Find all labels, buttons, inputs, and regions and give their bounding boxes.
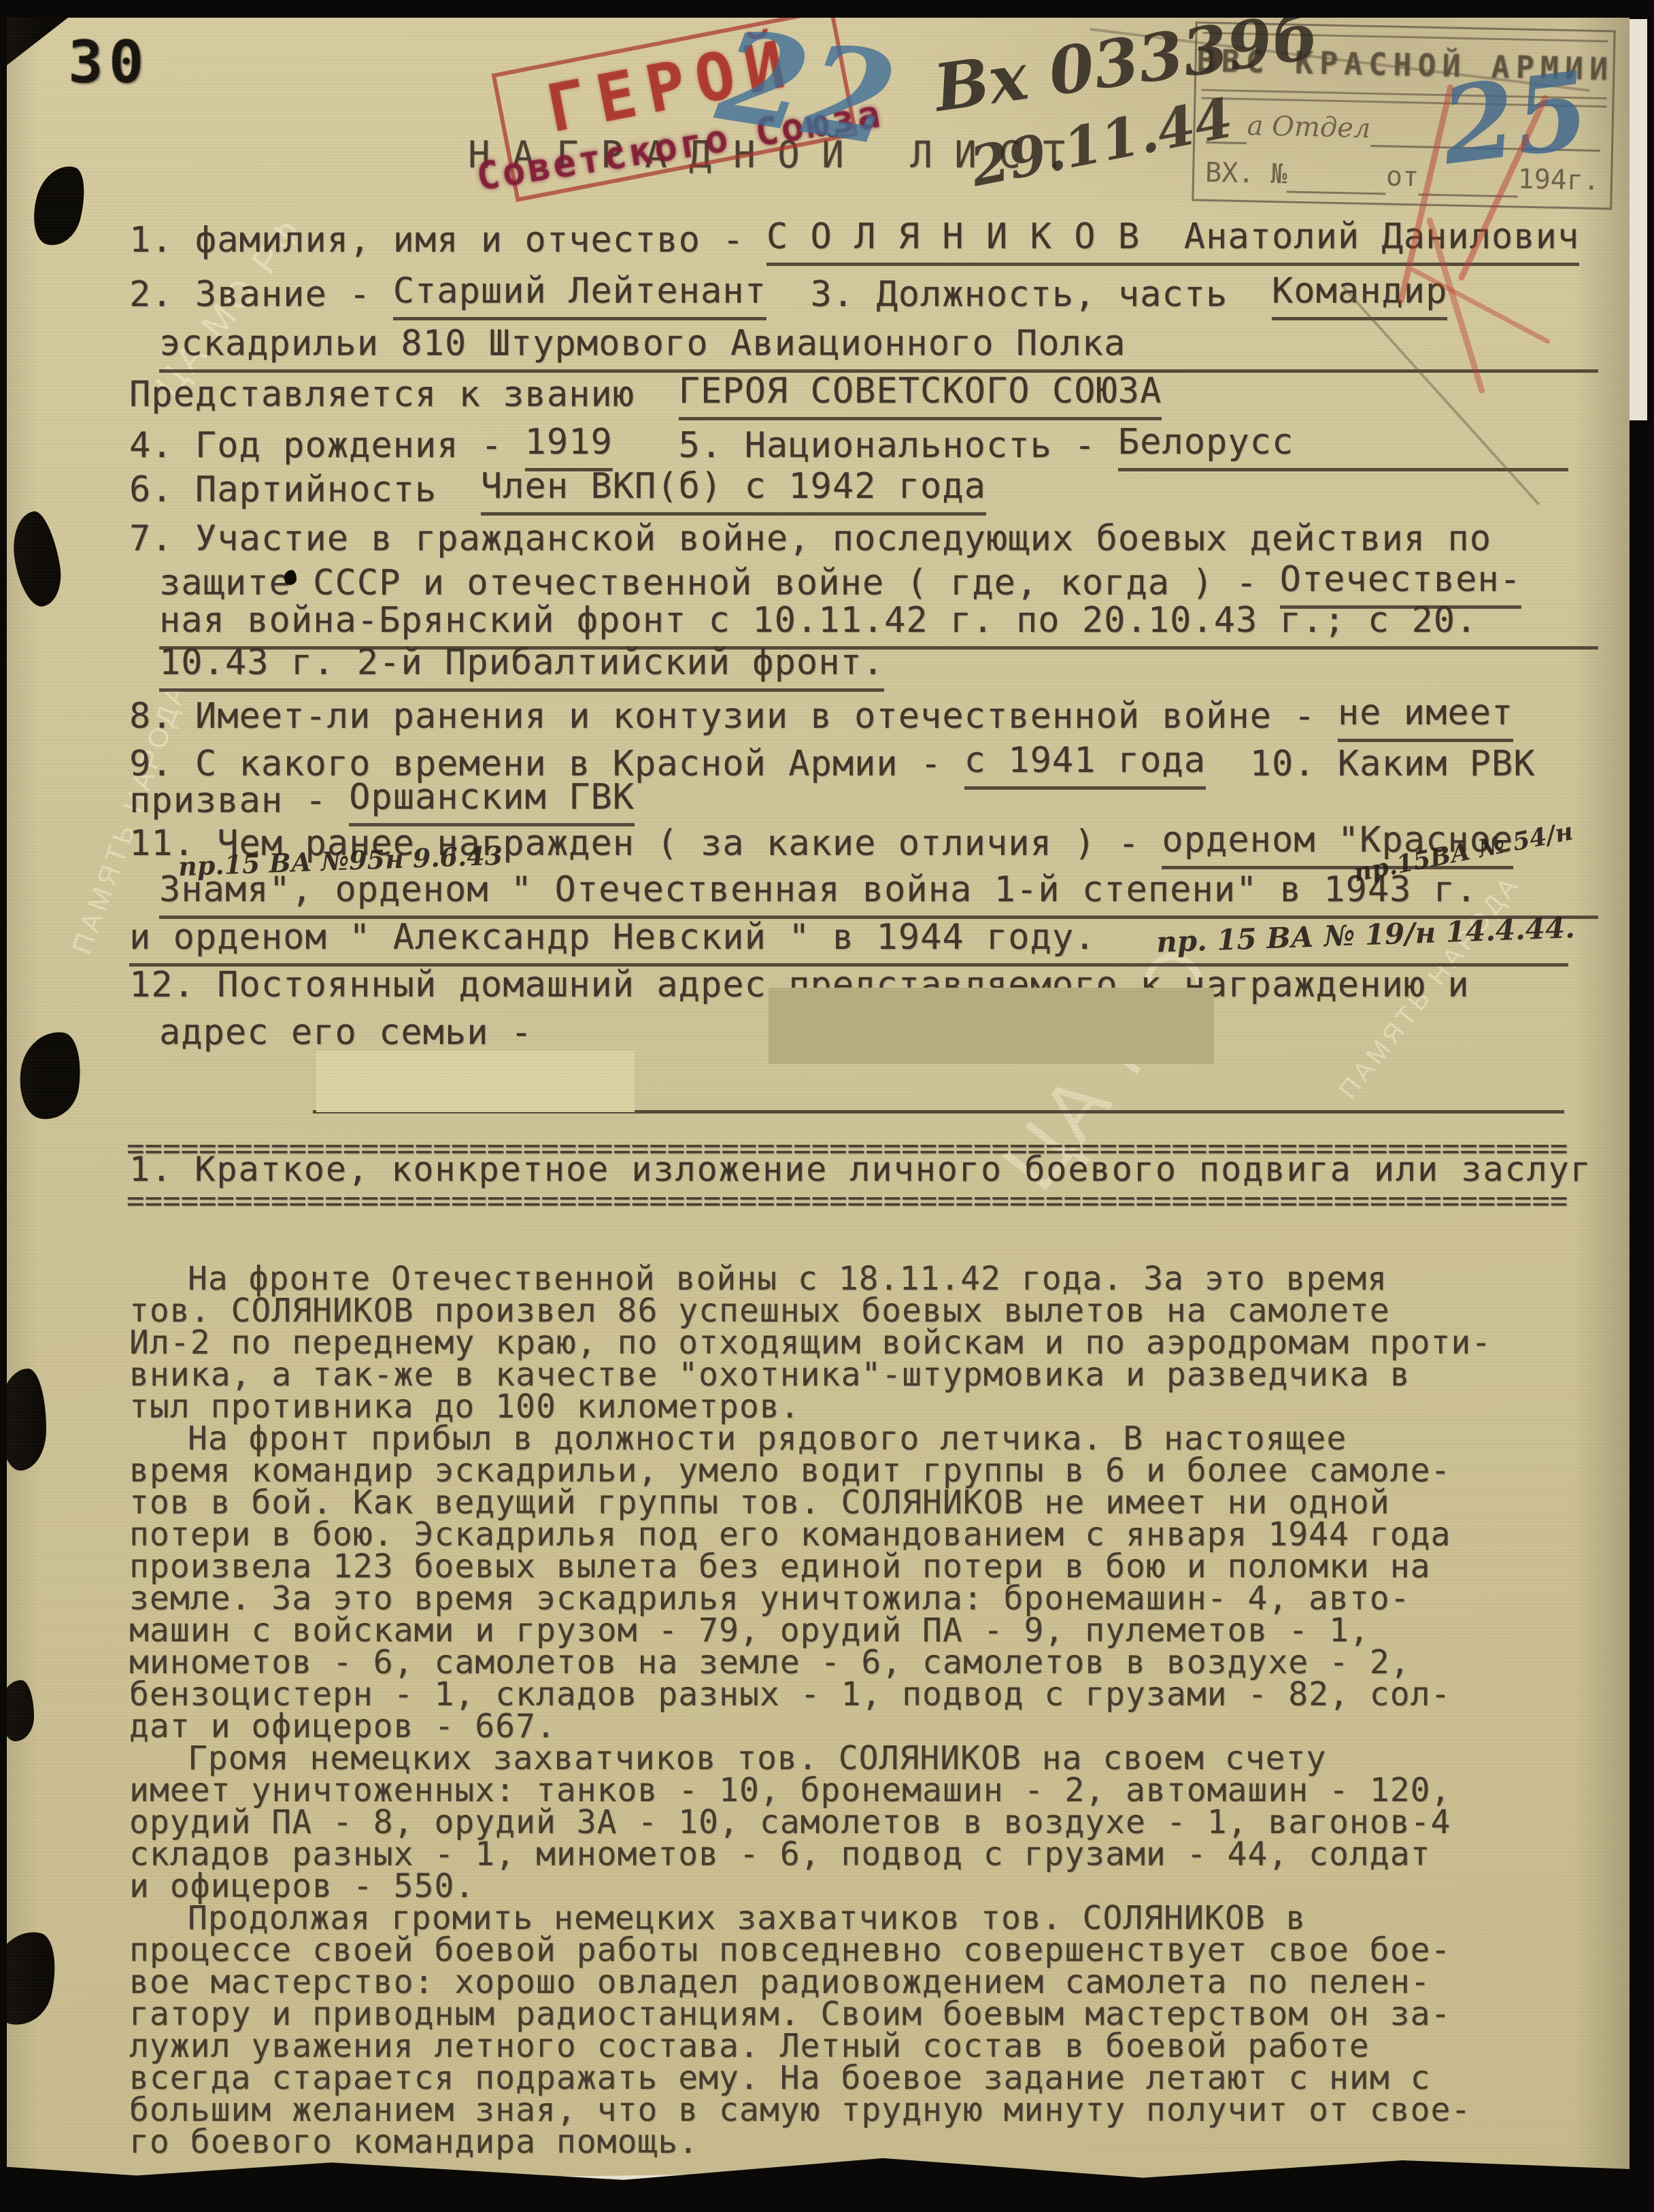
body-line: процессе своей боевой работы повседневно…: [129, 1934, 1585, 1966]
body-line: гатору и приводным радиостанциям. Своим …: [129, 1998, 1585, 2030]
paper-under-sliver: [156, 2171, 932, 2212]
redaction-patch: [769, 988, 1214, 1064]
field-label: 4. Год рождения -: [129, 425, 525, 471]
blank-line: [1287, 190, 1386, 195]
field-value: Знамя", орденом " Отечественная война 1-…: [159, 869, 1477, 919]
form-line: 10.43 г. 2-й Прибалтийский фронт.: [129, 642, 1598, 692]
paper-hole: [7, 509, 66, 610]
body-line: потери в бою. Эскадрилья под его командо…: [129, 1519, 1585, 1551]
paper-hole: [0, 1680, 34, 1741]
paper-hole: [284, 570, 297, 585]
body-line: тов в бой. Как ведущий группы тов. СОЛЯН…: [129, 1487, 1585, 1519]
body-line: Продолжая громить немецких захватчиков т…: [129, 1903, 1585, 1934]
body-line: На фронт прибыл в должности рядового лет…: [129, 1423, 1585, 1455]
body-line: го боевого командира помощь.: [129, 2126, 1585, 2158]
body-line: Ил-2 по переднему краю, по отходящим вой…: [129, 1327, 1585, 1359]
field-label: 6. Партийность: [129, 469, 481, 516]
body-line: и офицеров - 550.: [129, 1871, 1585, 1903]
form-line: эскадрильи 810 Штурмового Авиационного П…: [129, 323, 1598, 373]
paper-hole: [0, 1925, 64, 2031]
body-line: бензоцистерн - 1, складов разных - 1, по…: [129, 1679, 1585, 1711]
body-line: дат и офицеров - 667.: [129, 1711, 1585, 1743]
field-value: 10.43 г. 2-й Прибалтийский фронт.: [159, 642, 884, 692]
field-value: и орденом " Александр Невский " в 1944 г…: [129, 917, 1096, 967]
scan-edge-white-strip: [1630, 19, 1647, 420]
field-value: Старший Лейтенант: [393, 271, 766, 320]
field-value: ГЕРОЯ СОВЕТСКОГО СОЮЗА: [679, 371, 1162, 420]
body-line: складов разных - 1, минометов - 6, подво…: [129, 1839, 1585, 1871]
field-label: 2. Звание -: [129, 274, 393, 320]
form-line: 7. Участие в гражданской войне, последую…: [129, 518, 1568, 565]
document-paper: ЦА МО РФ ПАМЯТЬ НАРОДА ЦА МО ПАМЯТЬ НАРО…: [7, 18, 1630, 2193]
body-line: вое мастерство: хорошо овладел радиовожд…: [129, 1966, 1585, 1998]
handwritten-blue-number: 22: [709, 1, 905, 175]
form-line: Представляется к званию ГЕРОЯ СОВЕТСКОГО…: [129, 371, 1568, 420]
form-line: 6. Партийность Член ВКП(б) с 1942 года: [129, 466, 1568, 516]
entry-label: ВХ. №: [1205, 157, 1287, 193]
field-value: Член ВКП(б) с 1942 года: [481, 466, 986, 516]
field-label: 3. Должность, часть: [766, 274, 1272, 320]
field-label: 8. Имеет-ли ранения и контузии в отечест…: [129, 696, 1338, 742]
field-value: Белорусс: [1118, 422, 1294, 471]
body-line: тов. СОЛЯНИКОВ произвел 86 успешных боев…: [129, 1295, 1585, 1327]
form-line: 8. Имеет-ли ранения и контузии в отечест…: [129, 692, 1568, 742]
citation-body-text: На фронте Отечественной войны с 18.11.42…: [129, 1263, 1585, 2158]
form-line: 4. Год рождения - 1919 5. Национальность…: [129, 422, 1568, 471]
section-heading-underline: ========================================…: [126, 1184, 1568, 1208]
page-number-stamp: 30: [68, 29, 150, 97]
paper-corner-damage: [7, 18, 68, 65]
field-label: Представляется к званию: [129, 374, 679, 420]
from-label: от: [1385, 161, 1419, 195]
field-label: 7. Участие в гражданской войне, последую…: [129, 518, 1491, 565]
body-line: время командир эскадрильи, умело водит г…: [129, 1455, 1585, 1487]
body-line: тыл противника до 100 километров.: [129, 1391, 1585, 1423]
field-label: 5. Национальность -: [613, 425, 1118, 471]
body-line: имеет уничтоженных: танков - 10, бронема…: [129, 1775, 1585, 1807]
body-line: орудий ПА - 8, орудий ЗА - 10, самолетов…: [129, 1807, 1585, 1839]
body-line: минометов - 6, самолетов на земле - 6, с…: [129, 1647, 1585, 1679]
paper-hole: [14, 1028, 86, 1124]
field-value: 1919: [525, 422, 613, 471]
body-line: произвела 123 боевых вылета без единой п…: [129, 1551, 1585, 1583]
body-line: На фронте Отечественной войны с 18.11.42…: [129, 1263, 1585, 1295]
field-label: 1. фамилия, имя и отчество -: [129, 220, 766, 266]
body-line: лужил уважения летного состава. Летный с…: [129, 2030, 1585, 2062]
field-value: С О Л Я Н И К О В Анатолий Данилович: [766, 216, 1579, 266]
body-line: земле. За это время эскадрилья уничтожил…: [129, 1583, 1585, 1615]
field-value: Командир: [1272, 271, 1447, 320]
body-line: машин с войсками и грузом - 79, орудий П…: [129, 1615, 1585, 1647]
body-line: вника, а так-же в качестве "охотника"-шт…: [129, 1359, 1585, 1391]
dept-label: а Отдел: [1247, 110, 1371, 147]
field-value: не имеет: [1338, 692, 1513, 742]
form-line: 1. фамилия, имя и отчество - С О Л Я Н И…: [129, 216, 1568, 266]
redaction-patch: [316, 1051, 635, 1112]
field-value: эскадрильи 810 Штурмового Авиационного П…: [159, 323, 1126, 373]
body-line: Громя немецких захватчиков тов. СОЛЯНИКО…: [129, 1743, 1585, 1775]
paper-hole: [0, 1369, 46, 1471]
paper-hole: [27, 160, 92, 250]
body-line: всегда старается подражать ему. На боево…: [129, 2062, 1585, 2094]
body-line: большим желанием зная, что в самую трудн…: [129, 2094, 1585, 2126]
